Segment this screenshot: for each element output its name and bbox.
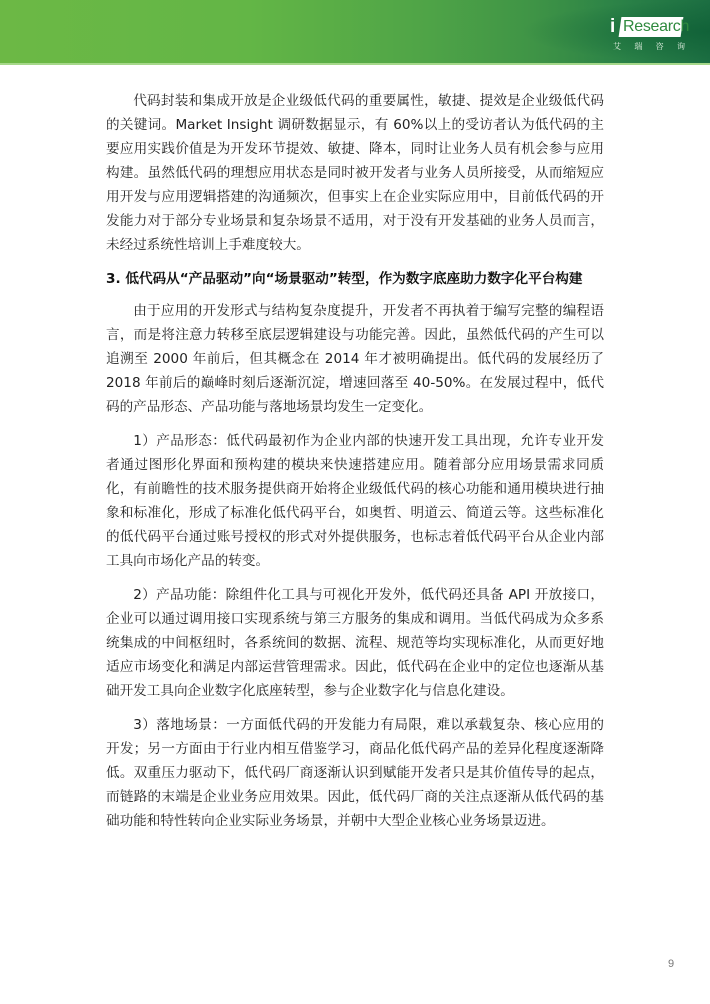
- logo-cn-char: 咨: [656, 42, 664, 52]
- logo-cn-char: 询: [677, 42, 685, 52]
- paragraph-low-code-keywords: 代码封装和集成开放是企业级低代码的重要属性，敏捷、提效是企业级低代码的关键词。M…: [106, 89, 604, 257]
- document-body: 代码封装和集成开放是企业级低代码的重要属性，敏捷、提效是企业级低代码的关键词。M…: [106, 89, 604, 833]
- iresearch-logo: i Research 艾 瑞 咨 询: [609, 14, 689, 58]
- page-header-banner: i Research 艾 瑞 咨 询: [0, 0, 710, 65]
- logo-i-letter: i: [610, 16, 615, 38]
- paragraph-product-function: 2）产品功能：除组件化工具与可视化开发外，低代码还具备 API 开放接口，企业可…: [106, 583, 604, 703]
- paragraph-development-history: 由于应用的开发形式与结构复杂度提升，开发者不再执着于编写完整的编程语言，而是将注…: [106, 299, 604, 419]
- paragraph-product-form: 1）产品形态：低代码最初作为企业内部的快速开发工具出现，允许专业开发者通过图形化…: [106, 429, 604, 573]
- logo-chinese-name: 艾 瑞 咨 询: [613, 42, 685, 52]
- logo-brand-name: Research: [623, 17, 689, 37]
- section-heading-3: 3. 低代码从“产品驱动”向“场景驱动”转型，作为数字底座助力数字化平台构建: [106, 267, 604, 291]
- logo-cn-char: 瑞: [634, 42, 642, 52]
- paragraph-landing-scenarios: 3）落地场景：一方面低代码的开发能力有局限，难以承载复杂、核心应用的开发；另一方…: [106, 713, 604, 833]
- page-number: 9: [668, 958, 674, 970]
- logo-cn-char: 艾: [613, 42, 621, 52]
